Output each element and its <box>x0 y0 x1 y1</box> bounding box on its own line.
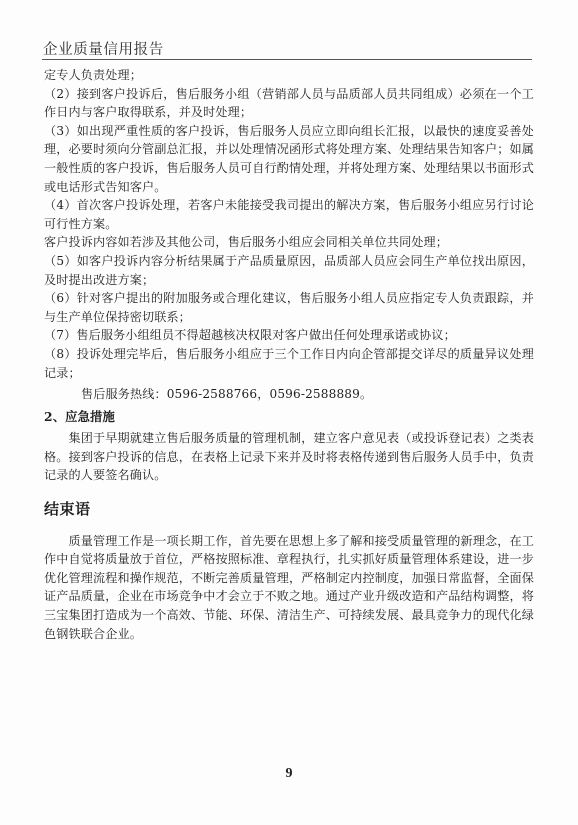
paragraph-item-8: （8）投诉处理完毕后，售后服务小组应于三个工作日内向企管部提交详尽的质量异议处理… <box>44 345 534 382</box>
paragraph-item-6: （6）针对客户提出的附加服务或合理化建议，售后服务小组人员应指定专人负责跟踪，并… <box>44 289 534 326</box>
page-content: 定专人负责处理； （2）接到客户投诉后，售后服务小组（营销部人员与品质部人员共同… <box>44 66 534 643</box>
subsection-heading-emergency: 2、应急措施 <box>44 408 534 427</box>
paragraph-item-7: （7）售后服务小组组员不得超越核决权限对客户做出任何处理承诺或协议； <box>44 326 534 345</box>
paragraph-item-5: （5）如客户投诉内容分析结果属于产品质量原因，品质部人员应会同生产单位找出原因，… <box>44 252 534 289</box>
paragraph-item-3: （3）如出现严重性质的客户投诉，售后服务人员应立即向组长汇报，以最快的速度妥善处… <box>44 122 534 196</box>
page-number: 9 <box>0 766 578 782</box>
section-heading-conclusion: 结束语 <box>44 500 534 519</box>
running-header-title: 企业质量信用报告 <box>43 38 164 59</box>
document-page: 企业质量信用报告 定专人负责处理； （2）接到客户投诉后，售后服务小组（营销部人… <box>0 0 578 825</box>
paragraph-item-4: （4）首次客户投诉处理，若客户未能接受我司提出的解决方案，售后服务小组应另行讨论… <box>44 196 534 233</box>
service-hotline: 售后服务热线：0596-2588766，0596-2588889。 <box>44 385 534 404</box>
paragraph-other-company: 客户投诉内容如若涉及其他公司，售后服务小组应会同相关单位共同处理； <box>44 233 534 252</box>
conclusion-paragraph: 质量管理工作是一项长期工作，首先要在思想上多了解和接受质量管理的新理念，在工作中… <box>44 532 534 644</box>
subsection-paragraph-emergency: 集团于早期就建立售后服务质量的管理机制，建立客户意见表（或投诉登记表）之类表格。… <box>44 429 534 485</box>
paragraph-continuation: 定专人负责处理； <box>44 66 534 85</box>
header-rule-divider <box>42 59 532 60</box>
paragraph-item-2: （2）接到客户投诉后，售后服务小组（营销部人员与品质部人员共同组成）必须在一个工… <box>44 85 534 122</box>
